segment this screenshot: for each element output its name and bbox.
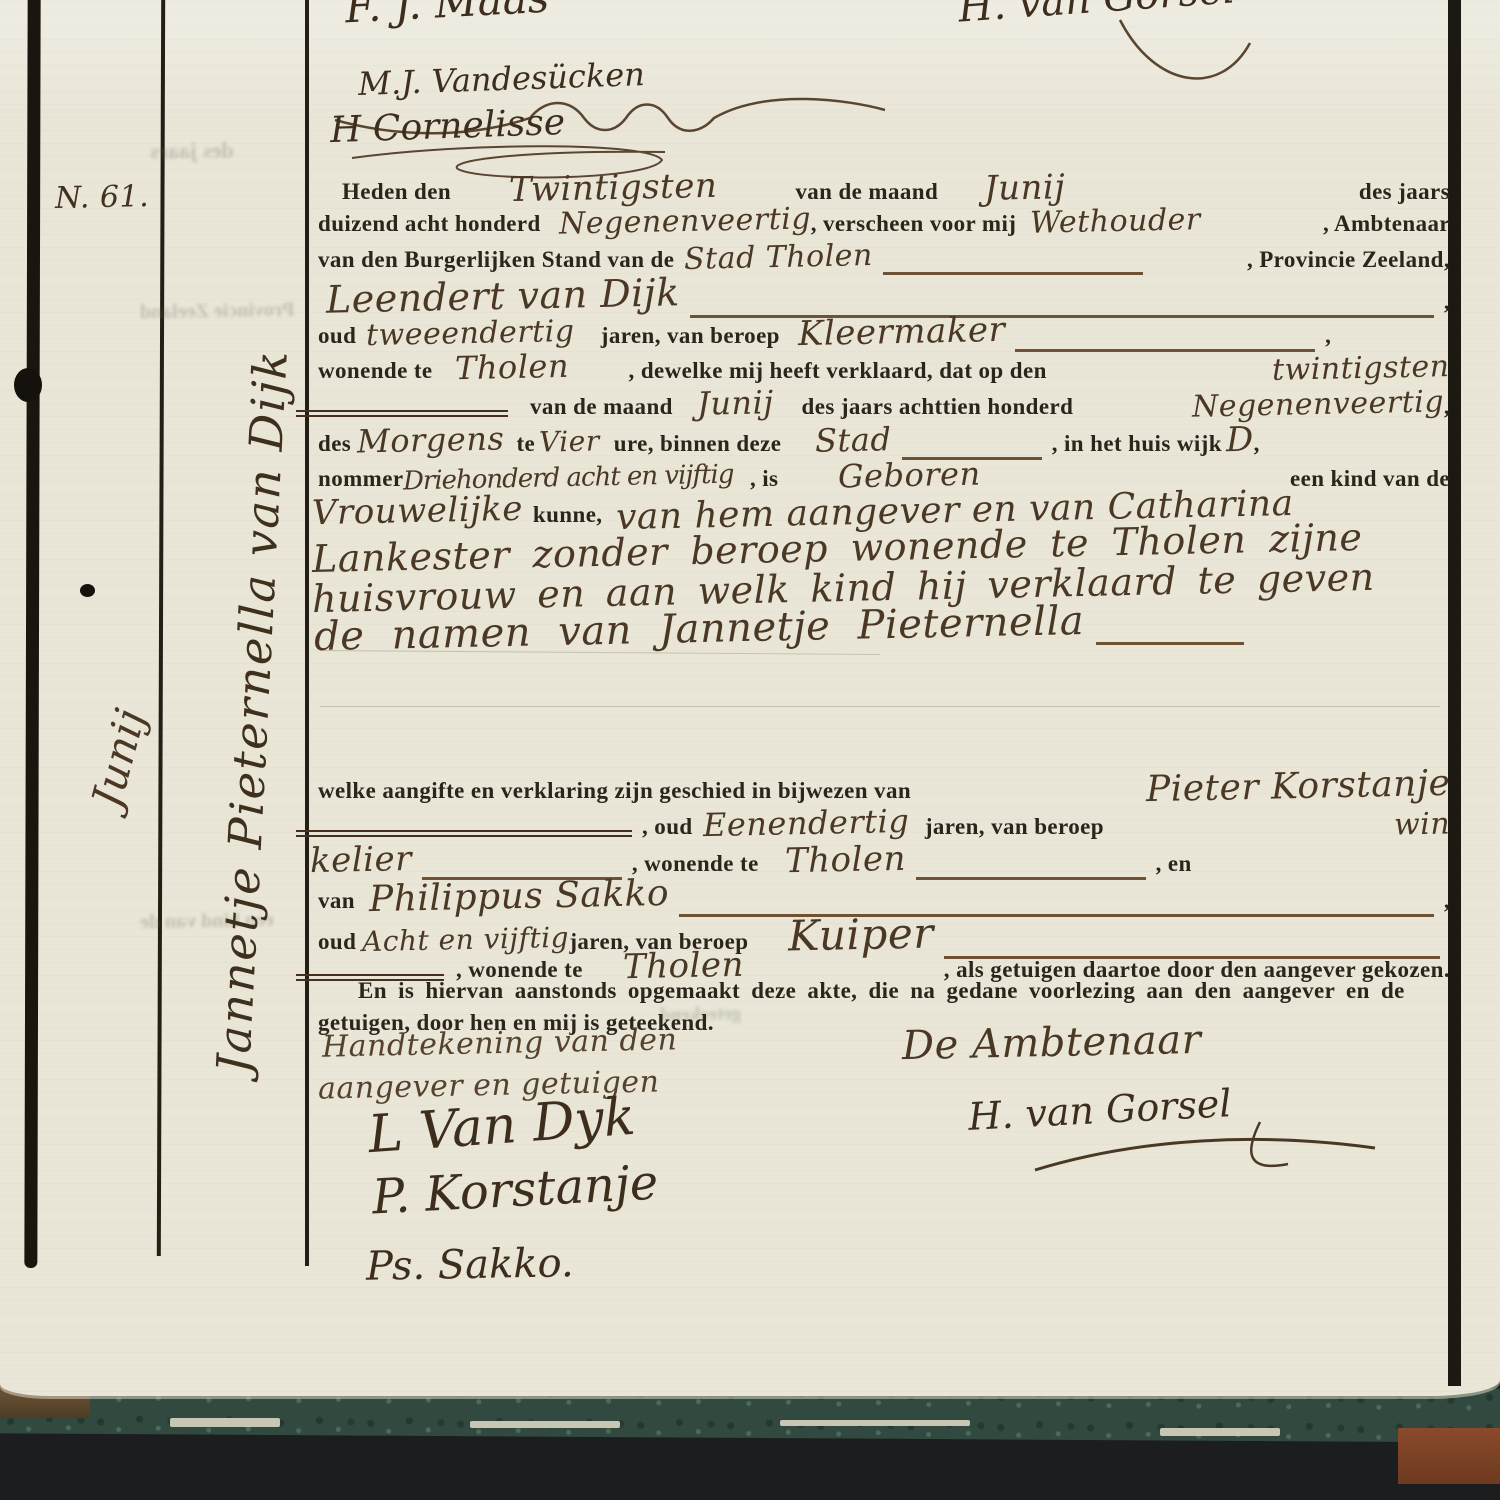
- act-number: N. 61.: [55, 179, 150, 216]
- act-line: Heden den Twintigsten van de maand Junij…: [318, 168, 1450, 208]
- handwritten-text: de namen van Jannetje Pieternella: [314, 598, 1085, 660]
- margin-child-name-vertical: Jannetje Pieternella van Dijk: [206, 348, 298, 1075]
- printed-text: ,: [1254, 431, 1260, 457]
- handwritten-text: Vier: [539, 424, 600, 458]
- faint-guide-line: [320, 706, 1440, 707]
- torn-paper-fleck: [1160, 1428, 1280, 1436]
- ink-fill-line-bold: [296, 822, 632, 837]
- handwritten-text: twintigsten: [1272, 349, 1450, 388]
- handwritten-text: Morgens: [357, 419, 505, 460]
- handwritten-text: Tholen: [454, 347, 569, 387]
- printed-text: , Provincie Zeeland,: [1247, 247, 1450, 273]
- signature-flourish: [1100, 18, 1270, 108]
- bleedthrough-text: Provincie Zeeland: [140, 299, 295, 325]
- printed-text: ure, binnen deze: [614, 431, 782, 457]
- register-page: des jaars Provincie Zeeland een kind van…: [0, 0, 1500, 1396]
- witness-signature-korstanje: P. Korstanje: [371, 1155, 660, 1226]
- handwritten-text: Stad Tholen: [684, 238, 873, 277]
- printed-text: En is hiervan aanstonds opgemaakt deze a…: [358, 978, 1405, 1004]
- printed-text: wonende te: [318, 358, 433, 384]
- margin-month-vertical: Junij: [82, 703, 155, 812]
- printed-text: van de maand: [530, 394, 673, 420]
- handwritten-text: Junij: [696, 383, 773, 423]
- printed-text: van de maand: [795, 179, 938, 205]
- binding-rule: [24, 0, 40, 1268]
- torn-paper-fleck: [170, 1418, 280, 1427]
- closing-caption-line1: Handtekening van den: [322, 1022, 678, 1064]
- witness-signature-sakko: Ps. Sakko.: [366, 1240, 574, 1290]
- printed-text: oud: [318, 323, 356, 349]
- printed-text: des jaars: [1359, 179, 1450, 205]
- margin-column-rule: [157, 0, 165, 1256]
- act-line: , oud Eenendertig jaren, van beroep win: [318, 804, 1450, 842]
- official-signature-flourish: [1030, 1120, 1380, 1180]
- handwritten-text: kelier: [310, 839, 413, 881]
- handwritten-text: D: [1225, 420, 1254, 461]
- printed-text: , Ambtenaar: [1323, 211, 1450, 237]
- printed-text: , en: [1156, 851, 1192, 877]
- printed-text: duizend acht honderd: [318, 211, 541, 237]
- act-line: van de maand Junij des jaars achttien ho…: [318, 384, 1450, 422]
- scanned-birth-record: des jaars Provincie Zeeland een kind van…: [0, 0, 1500, 1500]
- printed-text: des jaars achttien honderd: [802, 394, 1074, 420]
- official-title: De Ambtenaar: [902, 1017, 1202, 1069]
- torn-paper-fleck: [780, 1420, 970, 1426]
- handwritten-text: Tholen: [784, 839, 906, 882]
- act-line: duizend acht honderd Negenenveertig , ve…: [318, 204, 1450, 239]
- top-signature-maas: F. J. Maas: [344, 0, 551, 32]
- ink-fill-line: [1096, 638, 1244, 645]
- handwritten-text: Eenendertig: [702, 802, 909, 844]
- printed-text: , verscheen voor mij: [811, 211, 1017, 237]
- act-line: oud tweeendertig jaren, van beroep Kleer…: [318, 312, 1450, 352]
- printed-text: , is: [750, 466, 778, 492]
- handwritten-text: Wethouder: [1030, 202, 1201, 241]
- printed-text: jaren, van beroep: [925, 814, 1104, 840]
- printed-text: nommer: [318, 466, 403, 492]
- printed-text: ,: [1325, 323, 1331, 349]
- bleedthrough-text: des jaars: [150, 137, 234, 164]
- book-cover-leather-corner-right: [1398, 1428, 1500, 1484]
- handwritten-text: Negenenveertig: [1191, 384, 1444, 424]
- handwritten-text: Junij: [984, 167, 1066, 209]
- handwritten-text: Negenenveertig: [558, 201, 811, 241]
- printed-text: jaren, van beroep: [601, 323, 780, 349]
- printed-text: van den Burgerlijken Stand van de: [318, 247, 674, 273]
- act-line: welke aangifte en verklaring zijn geschi…: [318, 766, 1450, 807]
- printed-text: te: [516, 431, 535, 457]
- text-column-rule: [305, 0, 309, 1266]
- ink-fill-line-bold: [296, 402, 508, 417]
- handwritten-text: Stad: [815, 420, 892, 460]
- printed-text: een kind van de: [1290, 466, 1450, 492]
- ink-dot: [80, 584, 95, 597]
- printed-text: , dewelke mij heeft verklaard, dat op de…: [629, 358, 1047, 384]
- printed-text: Heden den: [342, 179, 451, 205]
- ink-blot: [14, 368, 42, 402]
- printed-text: ,: [1444, 394, 1450, 420]
- act-line: des Morgens te Vier ure, binnen deze Sta…: [318, 420, 1450, 460]
- act-line: kelier , wonende te Tholen , en: [318, 840, 1450, 880]
- torn-paper-fleck: [470, 1421, 620, 1428]
- printed-text: des: [318, 431, 351, 457]
- printed-text: welke aangifte en verklaring zijn geschi…: [318, 778, 911, 804]
- act-line: En is hiervan aanstonds opgemaakt deze a…: [318, 978, 1450, 1004]
- act-line: wonende te Tholen , dewelke mij heeft ve…: [318, 348, 1450, 386]
- handwritten-text: win: [1394, 806, 1451, 842]
- act-line: de namen van Jannetje Pieternella: [318, 606, 1450, 652]
- printed-text: , oud: [642, 814, 693, 840]
- printed-text: kunne,: [533, 502, 603, 528]
- act-line: van den Burgerlijken Stand van de Stad T…: [318, 240, 1450, 275]
- printed-text: , in het huis wijk: [1052, 431, 1222, 457]
